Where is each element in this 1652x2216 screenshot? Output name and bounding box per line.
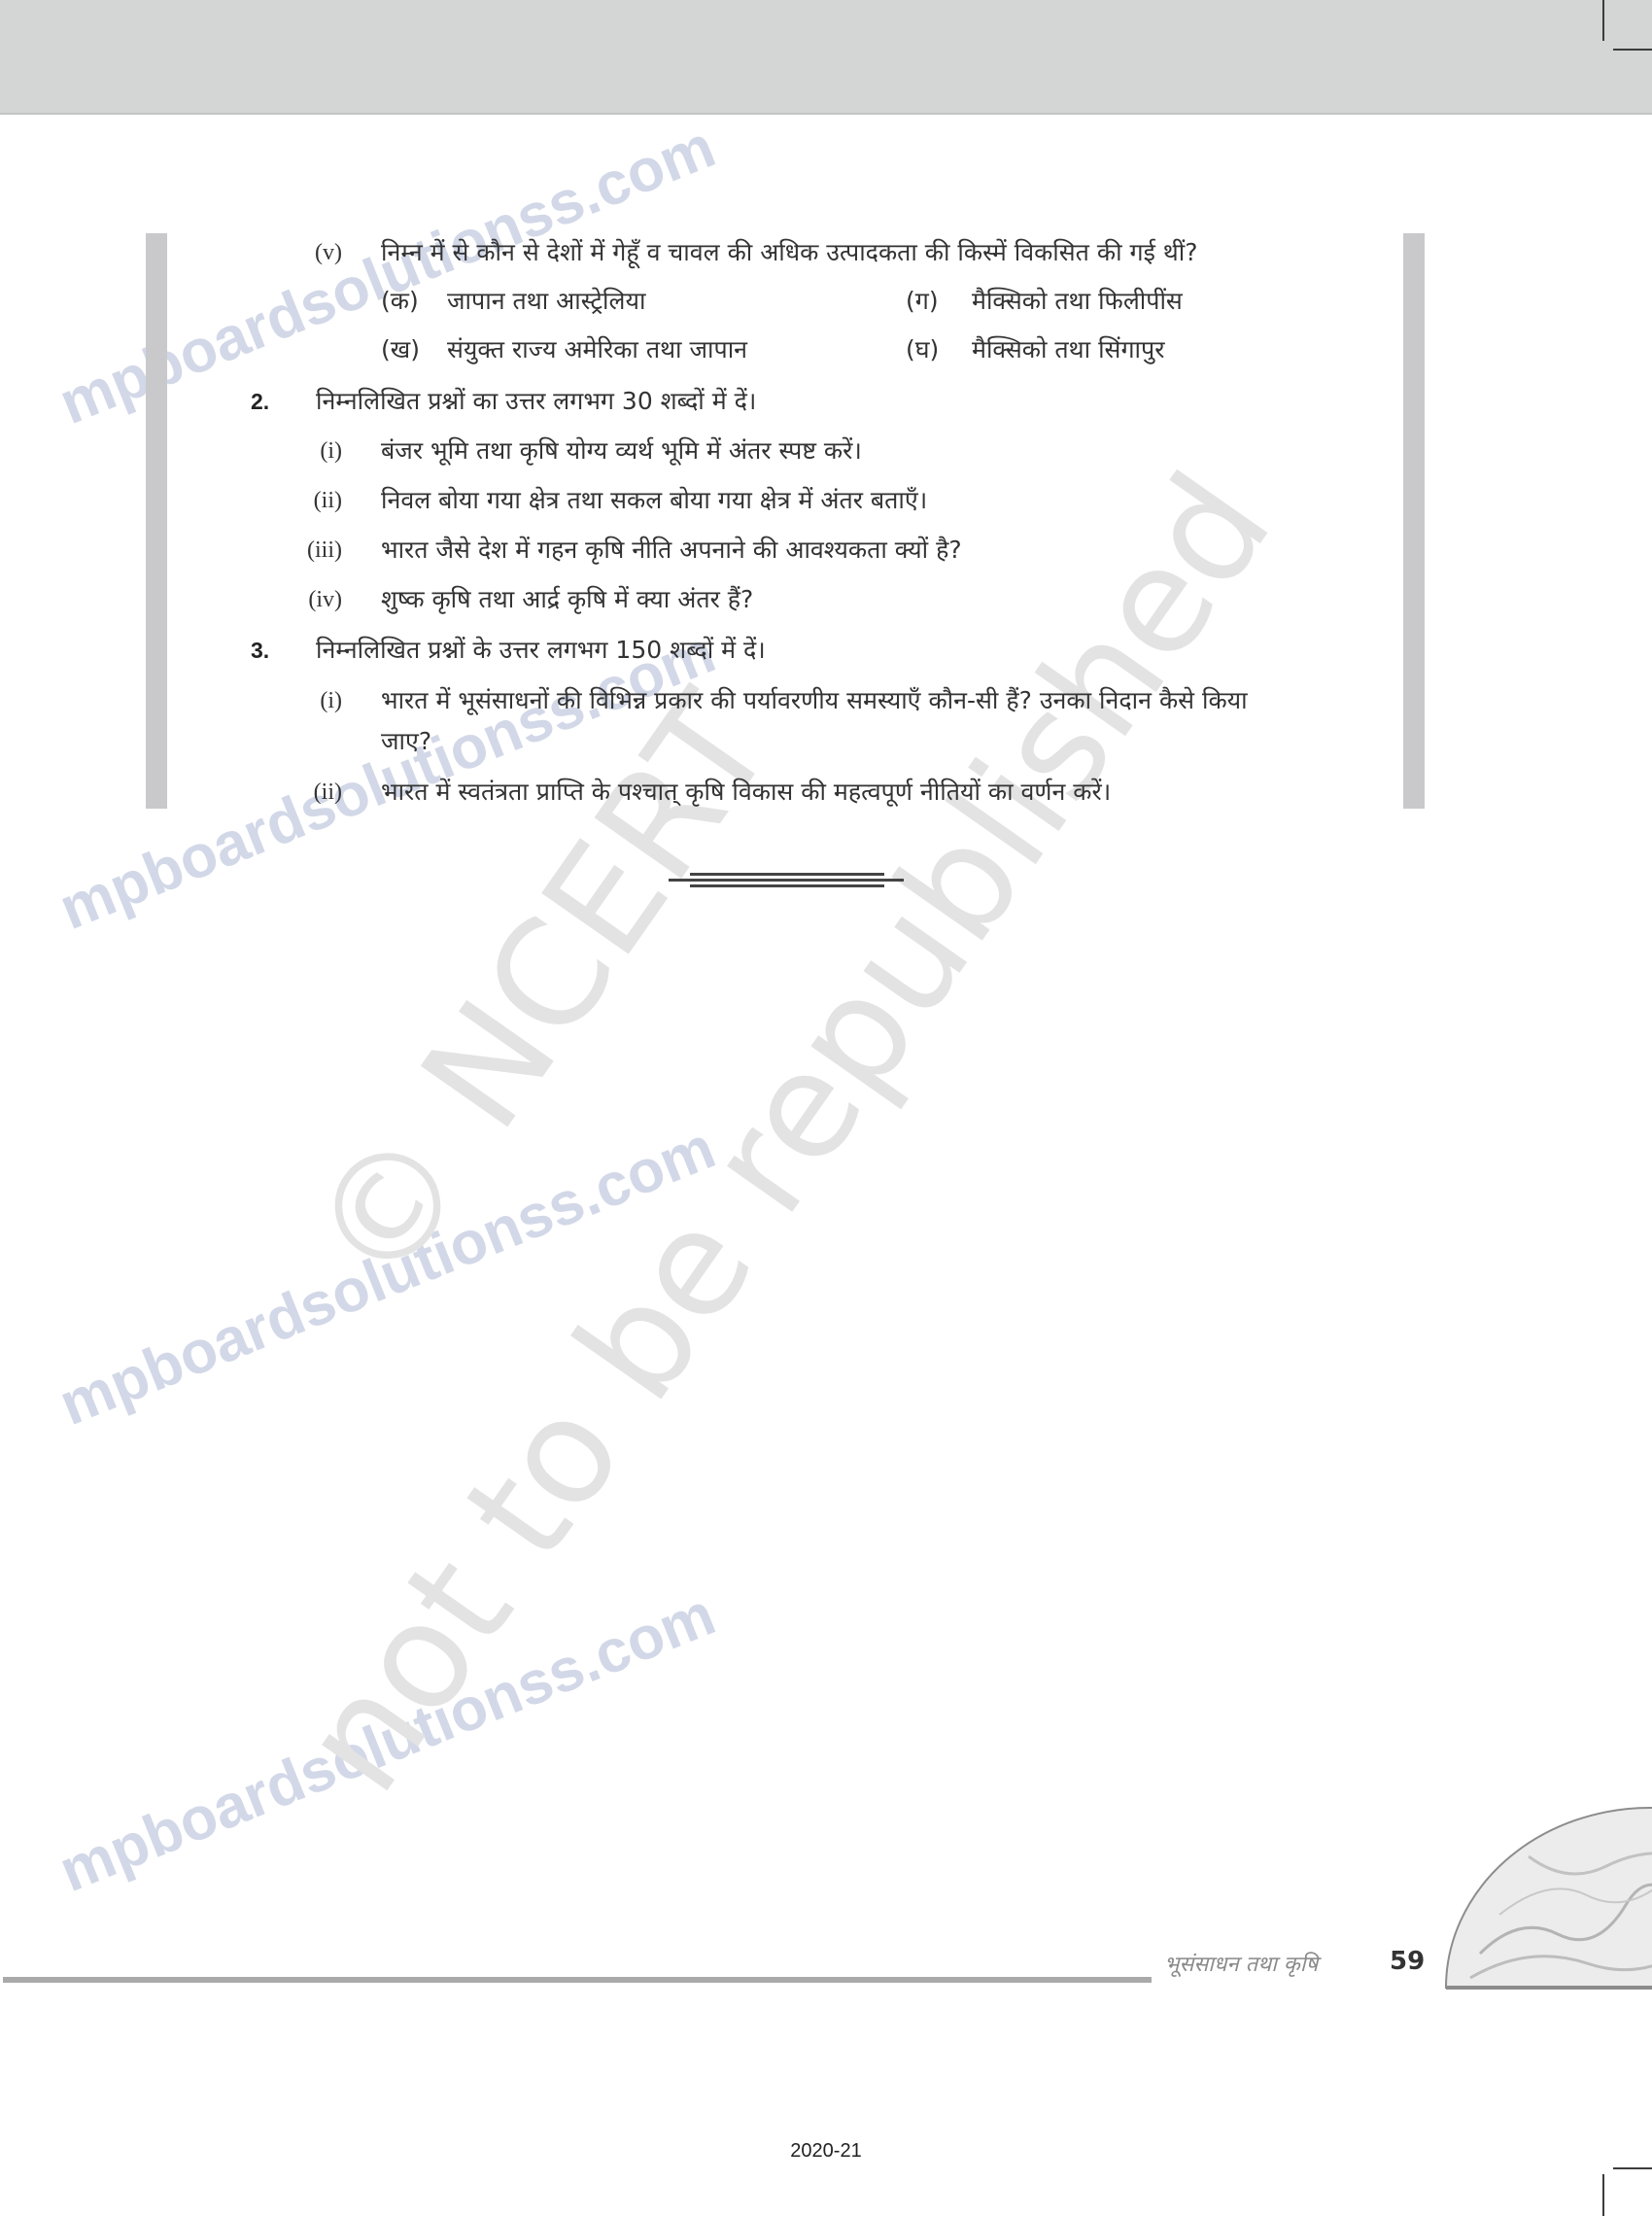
question-label: (iii) xyxy=(274,534,342,567)
question-text: भारत में भूसंसाधनों की विभिन्न प्रकार की… xyxy=(381,684,1248,717)
option-key: (ग) xyxy=(906,285,939,318)
question-text: बंजर भूमि तथा कृषि योग्य व्यर्थ भूमि में… xyxy=(381,434,862,467)
watermark-site: mpboardsolutionss.com xyxy=(50,1113,724,1439)
watermark-ncert: © NCERT xyxy=(279,666,805,1316)
edition-year: 2020-21 xyxy=(0,2140,1652,2163)
option-text: मैक्सिको तथा सिंगापुर xyxy=(972,333,1164,366)
option-text: मैक्सिको तथा फिलीपींस xyxy=(972,285,1183,318)
question-label: (ii) xyxy=(274,776,342,809)
crop-mark-top-horizontal xyxy=(1613,49,1652,51)
option-key: (क) xyxy=(381,285,419,318)
question-instruction: निम्नलिखित प्रश्नों का उत्तर लगभग 30 शब्… xyxy=(316,385,756,418)
crop-mark-bottom-vertical xyxy=(1602,2174,1604,2216)
watermark-site: mpboardsolutionss.com xyxy=(50,1579,724,1906)
footer-rule xyxy=(3,1977,1152,1983)
box-left-bar xyxy=(146,233,167,809)
question-number: 2. xyxy=(251,385,269,418)
question-instruction: निम्नलिखित प्रश्नों के उत्तर लगभग 150 शब… xyxy=(316,634,766,667)
question-label: (i) xyxy=(274,434,342,467)
page-header-band xyxy=(0,0,1652,115)
crop-mark-bottom-horizontal xyxy=(1613,2167,1652,2169)
question-text-continued: जाए? xyxy=(381,725,431,758)
crop-mark-top-vertical xyxy=(1602,0,1604,41)
question-text: निवल बोया गया क्षेत्र तथा सकल बोया गया क… xyxy=(381,484,927,517)
question-text: निम्न में से कौन से देशों में गेहूँ व चा… xyxy=(381,236,1198,269)
option-key: (घ) xyxy=(906,333,939,366)
question-text: भारत में स्वतंत्रता प्राप्ति के पश्चात् … xyxy=(381,776,1111,809)
globe-map-icon xyxy=(1441,1798,1652,1992)
question-label: (i) xyxy=(274,684,342,717)
question-label: (iv) xyxy=(274,583,342,616)
box-right-bar xyxy=(1403,233,1425,809)
question-label: (ii) xyxy=(274,484,342,517)
option-text: जापान तथा आस्ट्रेलिया xyxy=(447,285,645,318)
divider-line-middle xyxy=(669,879,904,882)
chapter-title: भूसंसाधन तथा कृषि xyxy=(1164,1949,1318,1978)
option-text: संयुक्त राज्य अमेरिका तथा जापान xyxy=(447,333,747,366)
question-number: 3. xyxy=(251,634,269,667)
page-number: 59 xyxy=(1390,1947,1425,1976)
option-key: (ख) xyxy=(381,333,420,366)
question-text: भारत जैसे देश में गहन कृषि नीति अपनाने क… xyxy=(381,534,962,567)
question-label: (v) xyxy=(274,236,342,269)
divider-line-top xyxy=(690,873,884,876)
question-text: शुष्क कृषि तथा आर्द्र कृषि में क्या अंतर… xyxy=(381,583,753,616)
divider-line-bottom xyxy=(690,884,884,887)
